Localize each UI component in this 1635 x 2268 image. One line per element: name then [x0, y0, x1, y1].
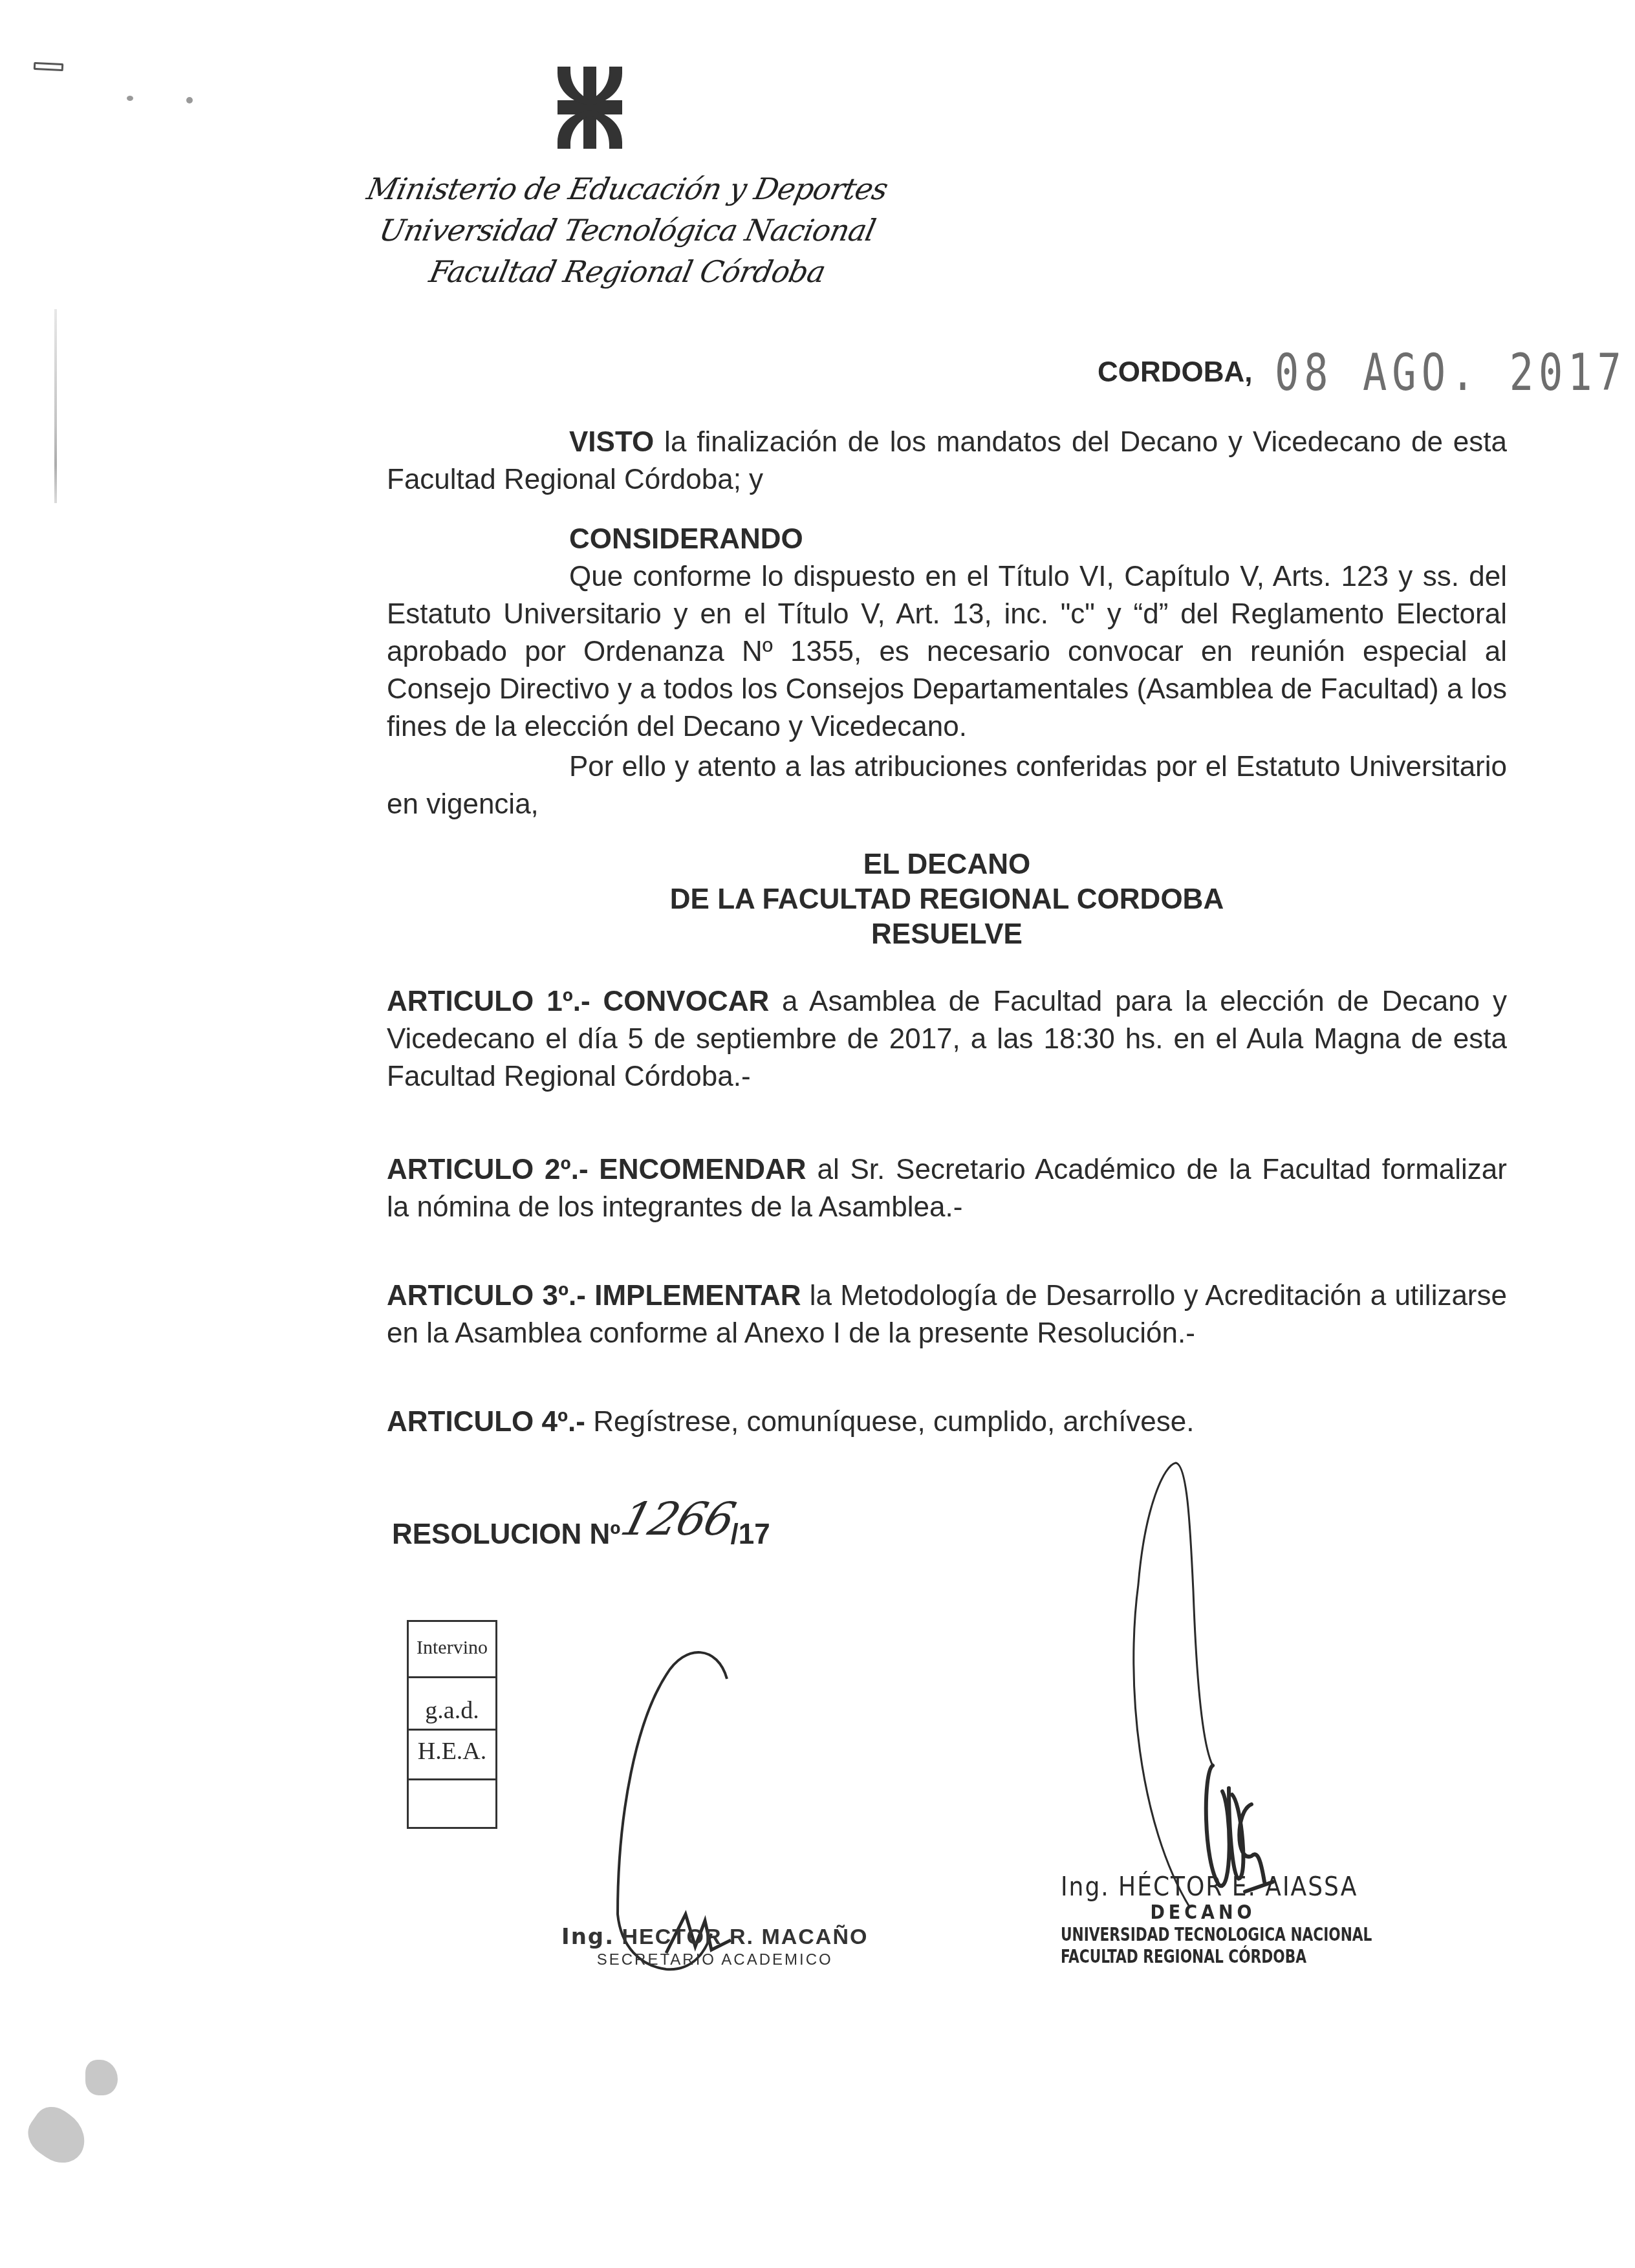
considerando-section: CONSIDERANDO Que conforme lo dispuesto e…: [387, 521, 1507, 746]
intervino-initials-1: g.a.d.: [409, 1678, 495, 1731]
visto-text: la finalización de los mandatos del Deca…: [387, 426, 1507, 495]
article-3: ARTICULO 3º.- IMPLEMENTAR la Metodología…: [387, 1277, 1507, 1352]
article-label: ARTICULO 1º.-: [387, 986, 590, 1017]
considerando-label: CONSIDERANDO: [387, 521, 1507, 558]
scan-artifact-binder-line: [54, 309, 57, 503]
visto-paragraph: VISTO la finalización de los mandatos de…: [387, 424, 1507, 499]
considerando-text: Que conforme lo dispuesto en el Título V…: [387, 558, 1507, 746]
decree-heading-line2: DE LA FACULTAD REGIONAL CORDOBA: [387, 882, 1507, 917]
por-ello-paragraph: Por ello y atento a las atribuciones con…: [387, 748, 1507, 823]
article-label: ARTICULO 2º.-: [387, 1154, 589, 1185]
article-verb: IMPLEMENTAR: [594, 1280, 801, 1312]
signature-stamp-decano: Ing. HÉCTOR E. AIASSA DECANO UNIVERSIDAD…: [1061, 1872, 1345, 1968]
intervino-initials-2: H.E.A.: [409, 1731, 495, 1780]
signature-right-loop: [1134, 1463, 1213, 1908]
stamp-left-name: HECTOR R. MACAÑO: [622, 1925, 869, 1949]
scan-artifact-blot: [85, 2060, 118, 2095]
article-4: ARTICULO 4º.- Regístrese, comuníquese, c…: [387, 1403, 1507, 1441]
por-ello-text: Por ello y atento a las atribuciones con…: [387, 748, 1507, 823]
article-verb: CONVOCAR: [603, 986, 770, 1017]
date-line: CORDOBA, 08 AGO. 2017: [1098, 349, 1627, 396]
scan-artifact-dot: [127, 96, 133, 101]
visto-label: VISTO: [569, 426, 654, 458]
letterhead-university: Universidad Tecnológica Nacional: [358, 210, 897, 251]
decree-heading: EL DECANO DE LA FACULTAD REGIONAL CORDOB…: [387, 847, 1507, 952]
article-2: ARTICULO 2º.- ENCOMENDAR al Sr. Secretar…: [387, 1151, 1507, 1226]
utn-logo-icon: [558, 67, 622, 149]
letterhead: Ministerio de Educación y Deportes Unive…: [362, 168, 893, 292]
letterhead-faculty: Facultad Regional Córdoba: [358, 251, 897, 292]
stamp-left-role: SECRETARIO ACADEMICO: [561, 1951, 868, 1969]
intervino-box: Intervino g.a.d. H.E.A.: [407, 1620, 497, 1829]
resolution-label: RESOLUCION Nº: [392, 1518, 620, 1550]
stamp-left-prefix: Ing.: [561, 1924, 614, 1950]
scan-artifact-dot: [186, 97, 193, 103]
resolution-handwritten-number: 1266: [616, 1493, 740, 1546]
article-text: Regístrese, comuníquese, cumplido, archí…: [585, 1406, 1195, 1438]
article-label: ARTICULO 4º.-: [387, 1406, 585, 1438]
decree-heading-line1: EL DECANO: [387, 847, 1507, 882]
article-1: ARTICULO 1º.- CONVOCAR a Asamblea de Fac…: [387, 983, 1507, 1096]
article-label: ARTICULO 3º.-: [387, 1280, 586, 1312]
intervino-header: Intervino: [409, 1622, 495, 1678]
scan-artifact-staple-mark: [34, 62, 64, 71]
stamp-right-org-line1: UNIVERSIDAD TECNOLOGICA NACIONAL: [1061, 1924, 1305, 1946]
resolution-number: RESOLUCION Nº1266/17: [392, 1502, 770, 1555]
document-page: Ministerio de Educación y Deportes Unive…: [0, 0, 1635, 2268]
stamp-right-name: Ing. HÉCTOR E. AIASSA: [1061, 1872, 1345, 1902]
resolution-suffix: /17: [731, 1518, 770, 1550]
signature-stamp-secretario: Ing. HECTOR R. MACAÑO SECRETARIO ACADEMI…: [561, 1924, 868, 1969]
date-stamp: 08 AGO. 2017: [1275, 343, 1627, 402]
date-city: CORDOBA,: [1098, 356, 1253, 388]
stamp-right-org-line2: FACULTAD REGIONAL CÓRDOBA: [1061, 1946, 1305, 1968]
letterhead-ministry: Ministerio de Educación y Deportes: [358, 168, 897, 210]
signature-left-stroke: [618, 1652, 727, 1969]
stamp-right-role: DECANO: [1061, 1902, 1345, 1924]
scan-artifact-blot: [20, 2099, 96, 2172]
intervino-empty-cell: [409, 1780, 495, 1827]
decree-heading-line3: RESUELVE: [387, 917, 1507, 952]
article-verb: ENCOMENDAR: [599, 1154, 806, 1185]
